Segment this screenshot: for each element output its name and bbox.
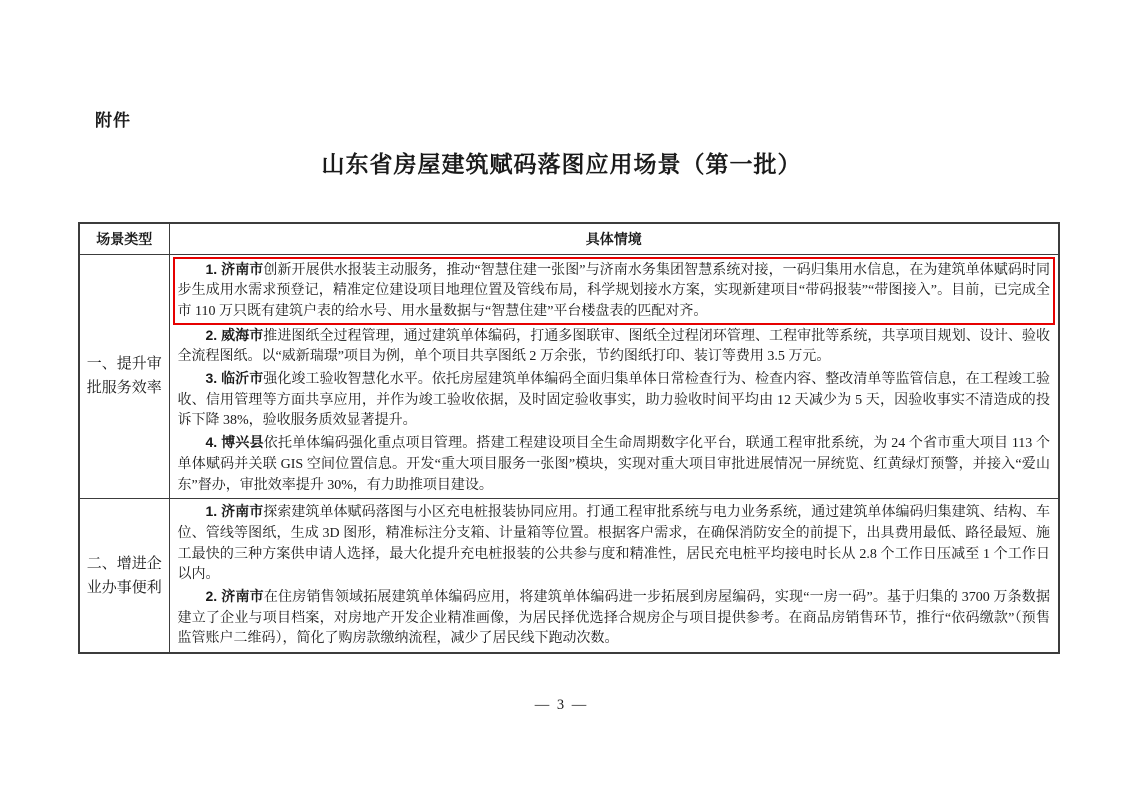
table-row-business-convenience: 二、增进企业办事便利 1. 济南市探索建筑单体赋码落图与小区充电桩报装协同应用。… (79, 499, 1059, 653)
item-city-label: 2. 济南市 (206, 588, 264, 604)
scenario-table: 场景类型 具体情境 一、提升审批服务效率 1. 济南市创新开展供水报装主动服务，… (78, 222, 1060, 654)
item-text: 创新开展供水报装主动服务，推动“智慧住建一张图”与济南水务集团智慧系统对接，一码… (178, 263, 1051, 319)
item-text: 在住房销售领域拓展建筑单体编码应用，将建筑单体编码进一步拓展到房屋编码，实现“一… (178, 590, 1051, 646)
item-text: 推进图纸全过程管理，通过建筑单体编码，打通多图联审、图纸全过程闭环管理、工程审批… (178, 329, 1051, 365)
item-city-label: 2. 威海市 (206, 327, 264, 343)
scenario-item: 2. 济南市在住房销售领域拓展建筑单体编码应用，将建筑单体编码进一步拓展到房屋编… (178, 586, 1051, 650)
header-detail: 具体情境 (169, 223, 1059, 254)
item-city-label: 1. 济南市 (206, 261, 264, 277)
item-text: 探索建筑单体赋码落图与小区充电桩报装协同应用。打通工程审批系统与电力业务系统，通… (178, 505, 1051, 582)
table-header-row: 场景类型 具体情境 (79, 223, 1059, 254)
scenario-item: 4. 博兴县依托单体编码强化重点项目管理。搭建工程建设项目全生命周期数字化平台，… (178, 432, 1051, 496)
header-scene-type: 场景类型 (79, 223, 169, 254)
category-cell-business-convenience: 二、增进企业办事便利 (79, 499, 169, 653)
scenario-item: 1. 济南市探索建筑单体赋码落图与小区充电桩报装协同应用。打通工程审批系统与电力… (178, 501, 1051, 586)
category-cell-approval-efficiency: 一、提升审批服务效率 (79, 254, 169, 499)
item-text: 强化竣工验收智慧化水平。依托房屋建筑单体编码全面归集单体日常检查行为、检查内容、… (178, 372, 1051, 428)
content-cell-business-convenience: 1. 济南市探索建筑单体赋码落图与小区充电桩报装协同应用。打通工程审批系统与电力… (169, 499, 1059, 653)
scenario-item: 2. 威海市推进图纸全过程管理，通过建筑单体编码，打通多图联审、图纸全过程闭环管… (178, 325, 1051, 368)
item-text: 依托单体编码强化重点项目管理。搭建工程建设项目全生命周期数字化平台，联通工程审批… (178, 436, 1051, 492)
item-city-label: 4. 博兴县 (206, 434, 264, 450)
scenario-item-highlighted: 1. 济南市创新开展供水报装主动服务，推动“智慧住建一张图”与济南水务集团智慧系… (173, 257, 1056, 325)
table-row-improve-approval: 一、提升审批服务效率 1. 济南市创新开展供水报装主动服务，推动“智慧住建一张图… (79, 254, 1059, 499)
attachment-label: 附件 (95, 106, 131, 131)
page-title: 山东省房屋建筑赋码落图应用场景（第一批） (0, 146, 1123, 179)
page-number: — 3 — (0, 697, 1123, 714)
content-cell-approval-efficiency: 1. 济南市创新开展供水报装主动服务，推动“智慧住建一张图”与济南水务集团智慧系… (169, 254, 1059, 499)
item-city-label: 3. 临沂市 (206, 370, 264, 386)
item-city-label: 1. 济南市 (206, 503, 264, 519)
scenario-item: 3. 临沂市强化竣工验收智慧化水平。依托房屋建筑单体编码全面归集单体日常检查行为… (178, 368, 1051, 432)
document-page: 附件 山东省房屋建筑赋码落图应用场景（第一批） 场景类型 具体情境 一、提升审批… (0, 0, 1123, 794)
